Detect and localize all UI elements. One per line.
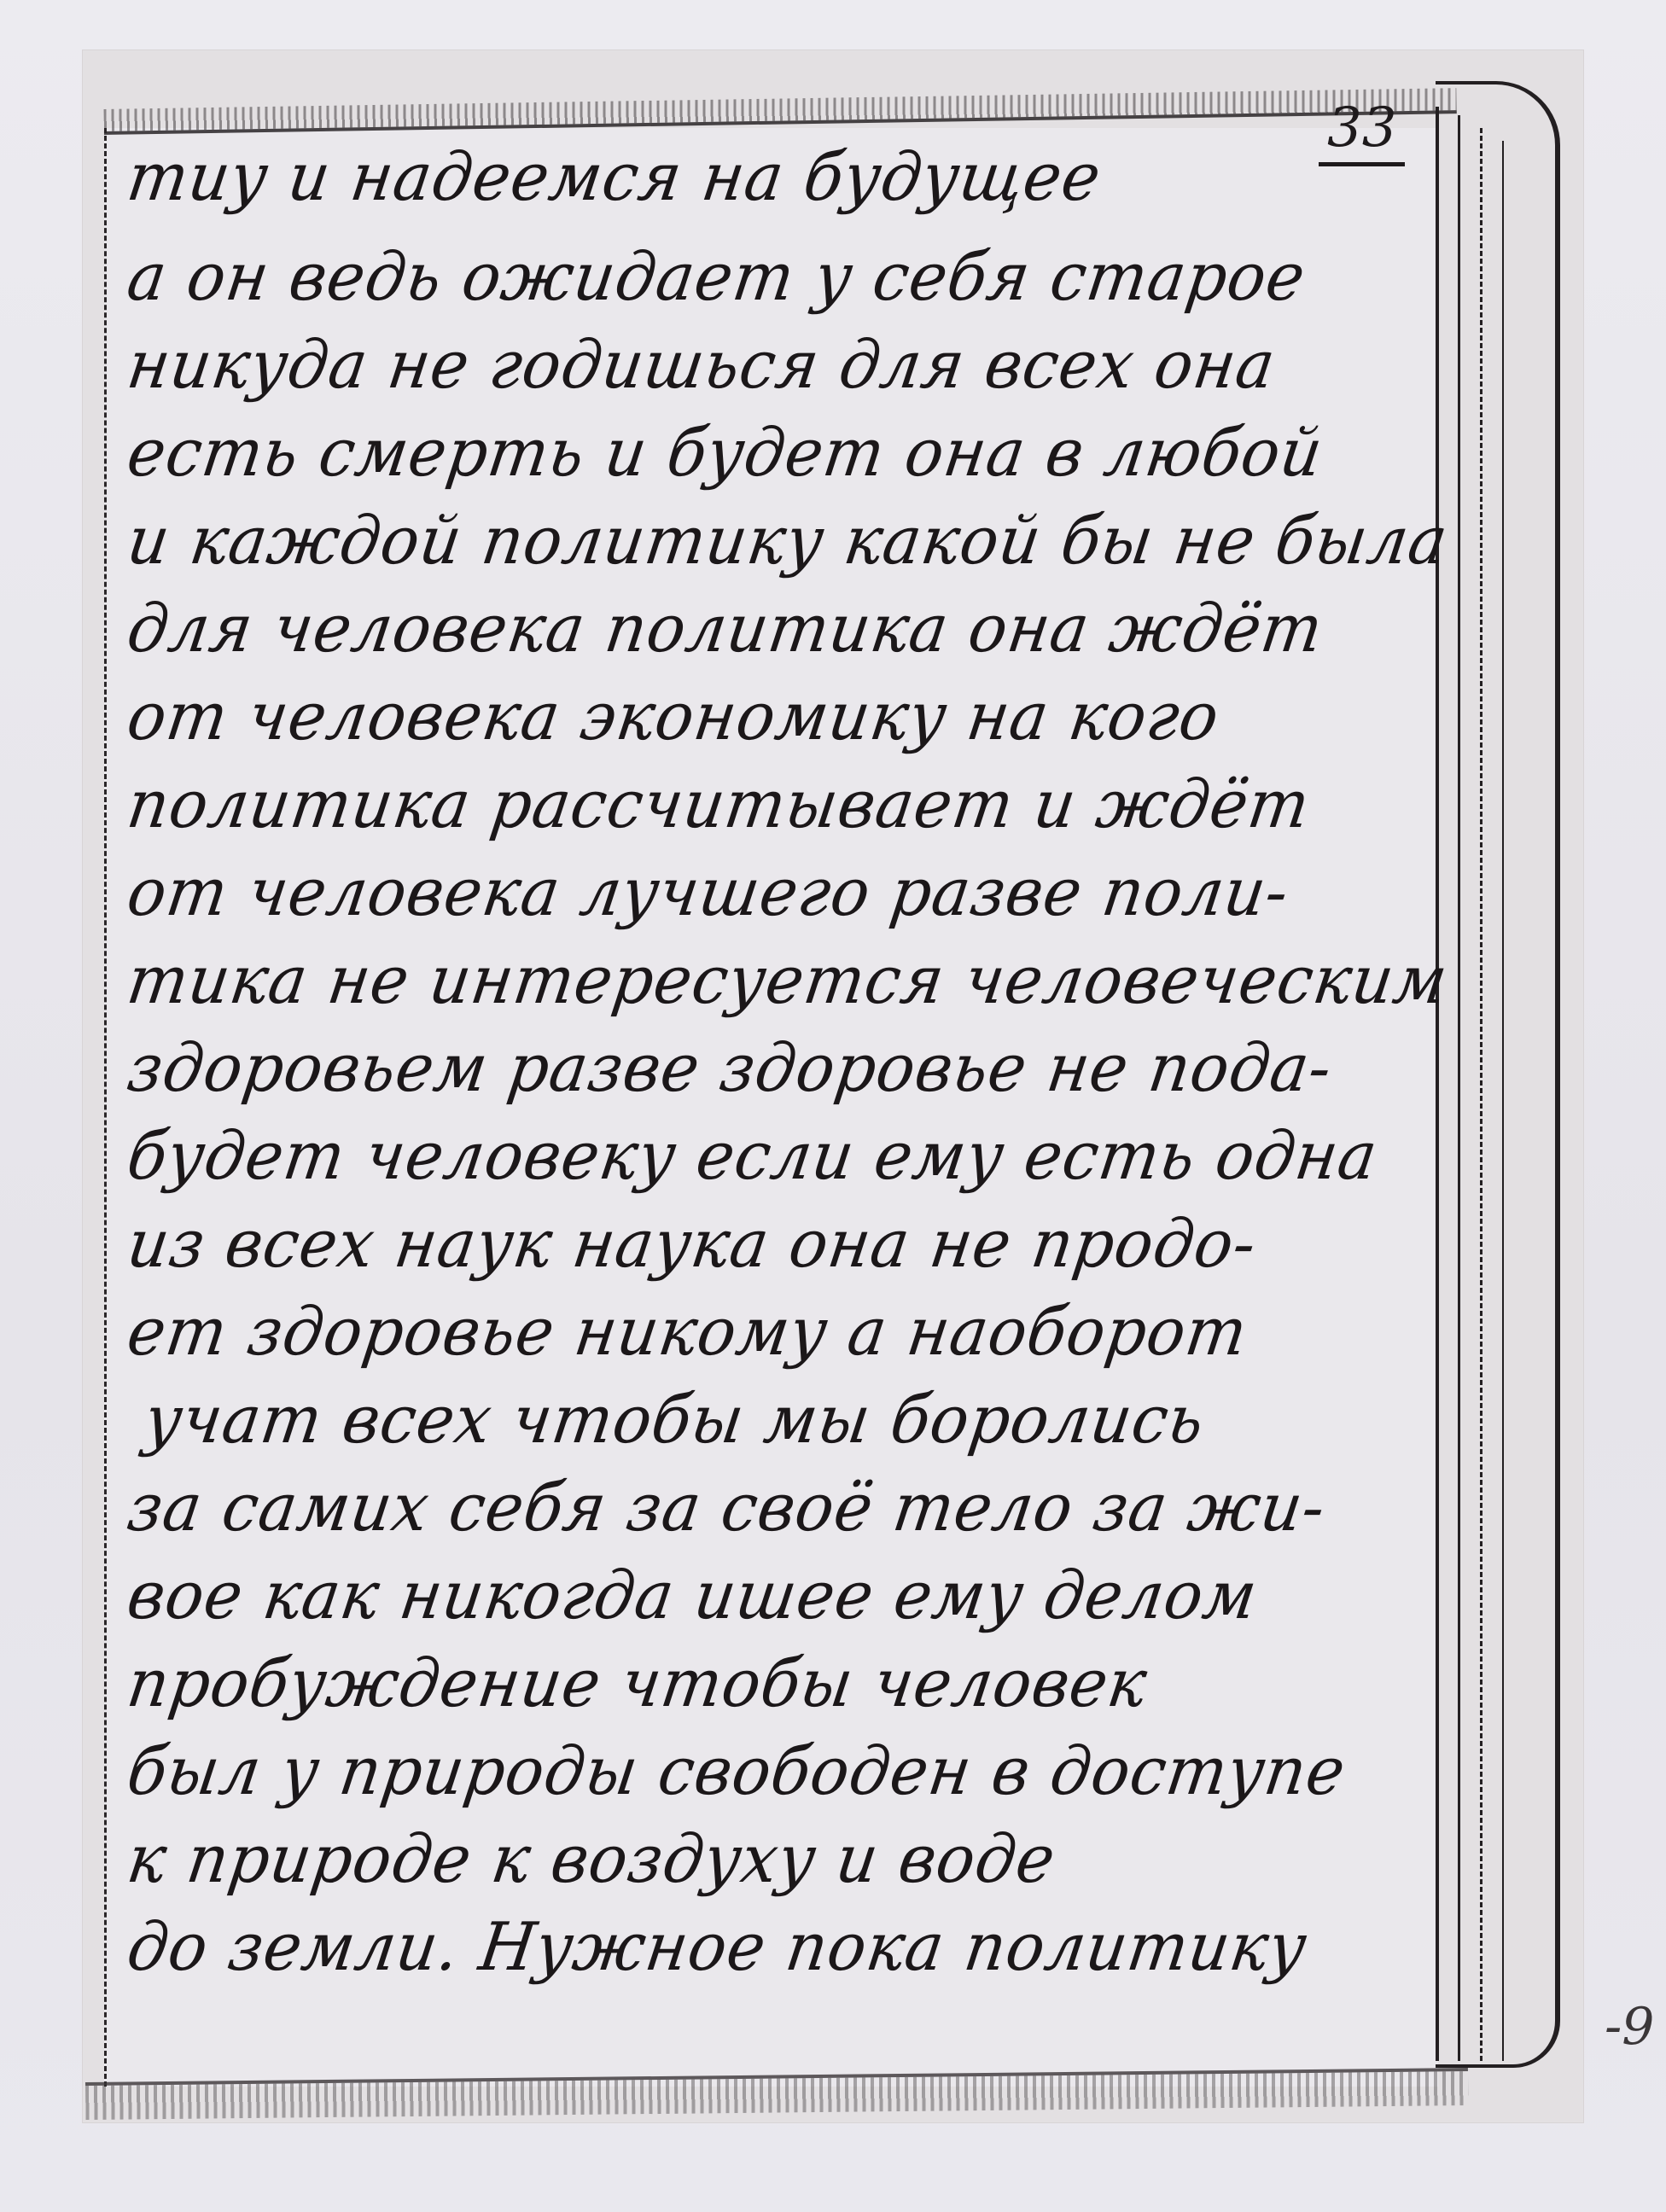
handwritten-line: и каждой политику какой бы не была: [121, 496, 1465, 588]
handwritten-line: ет здоровье никому а наоборот: [121, 1287, 1465, 1379]
handwritten-line: до земли. Нужное пока политику: [121, 1902, 1465, 1994]
handwritten-text-block: тиу и надеемся на будущее а он ведь ожид…: [128, 135, 1459, 1993]
spine-line: [1502, 141, 1504, 2061]
margin-mark: -9: [1605, 1997, 1654, 2057]
handwritten-line: никуда не годишься для всех она: [121, 320, 1465, 412]
handwritten-line: вое как никогда ишее ему делом: [121, 1551, 1465, 1643]
handwritten-line: к природе к воздуху и воде: [121, 1814, 1465, 1906]
handwritten-line: здоровьем разве здоровье не пода-: [121, 1023, 1465, 1115]
spine-line: [1480, 128, 1483, 2061]
handwritten-line: от человека лучшего разве поли-: [121, 847, 1465, 940]
handwritten-line: тиу и надеемся на будущее: [121, 132, 1312, 224]
handwritten-line: будет человеку если ему есть одна: [121, 1111, 1465, 1203]
handwritten-line: а он ведь ожидает у себя старое: [121, 232, 1465, 324]
handwritten-line: для человека политика она ждёт: [121, 584, 1465, 676]
handwritten-line: тика не интересуется человеческим: [121, 935, 1465, 1027]
handwritten-line: из всех наук наука она не продо-: [121, 1199, 1465, 1291]
handwritten-line: политика рассчитывает и ждёт: [121, 760, 1465, 852]
handwritten-line: от человека экономику на кого: [121, 672, 1465, 764]
handwritten-line: был у природы свободен в доступе: [121, 1726, 1465, 1819]
handwritten-line: за самих себя за своё тело за жи-: [121, 1463, 1465, 1555]
handwritten-line: пробуждение чтобы человек: [121, 1639, 1465, 1731]
handwritten-line: есть смерть и будет она в любой: [121, 408, 1465, 500]
handwritten-line: учат всех чтобы мы боролись: [121, 1375, 1465, 1467]
